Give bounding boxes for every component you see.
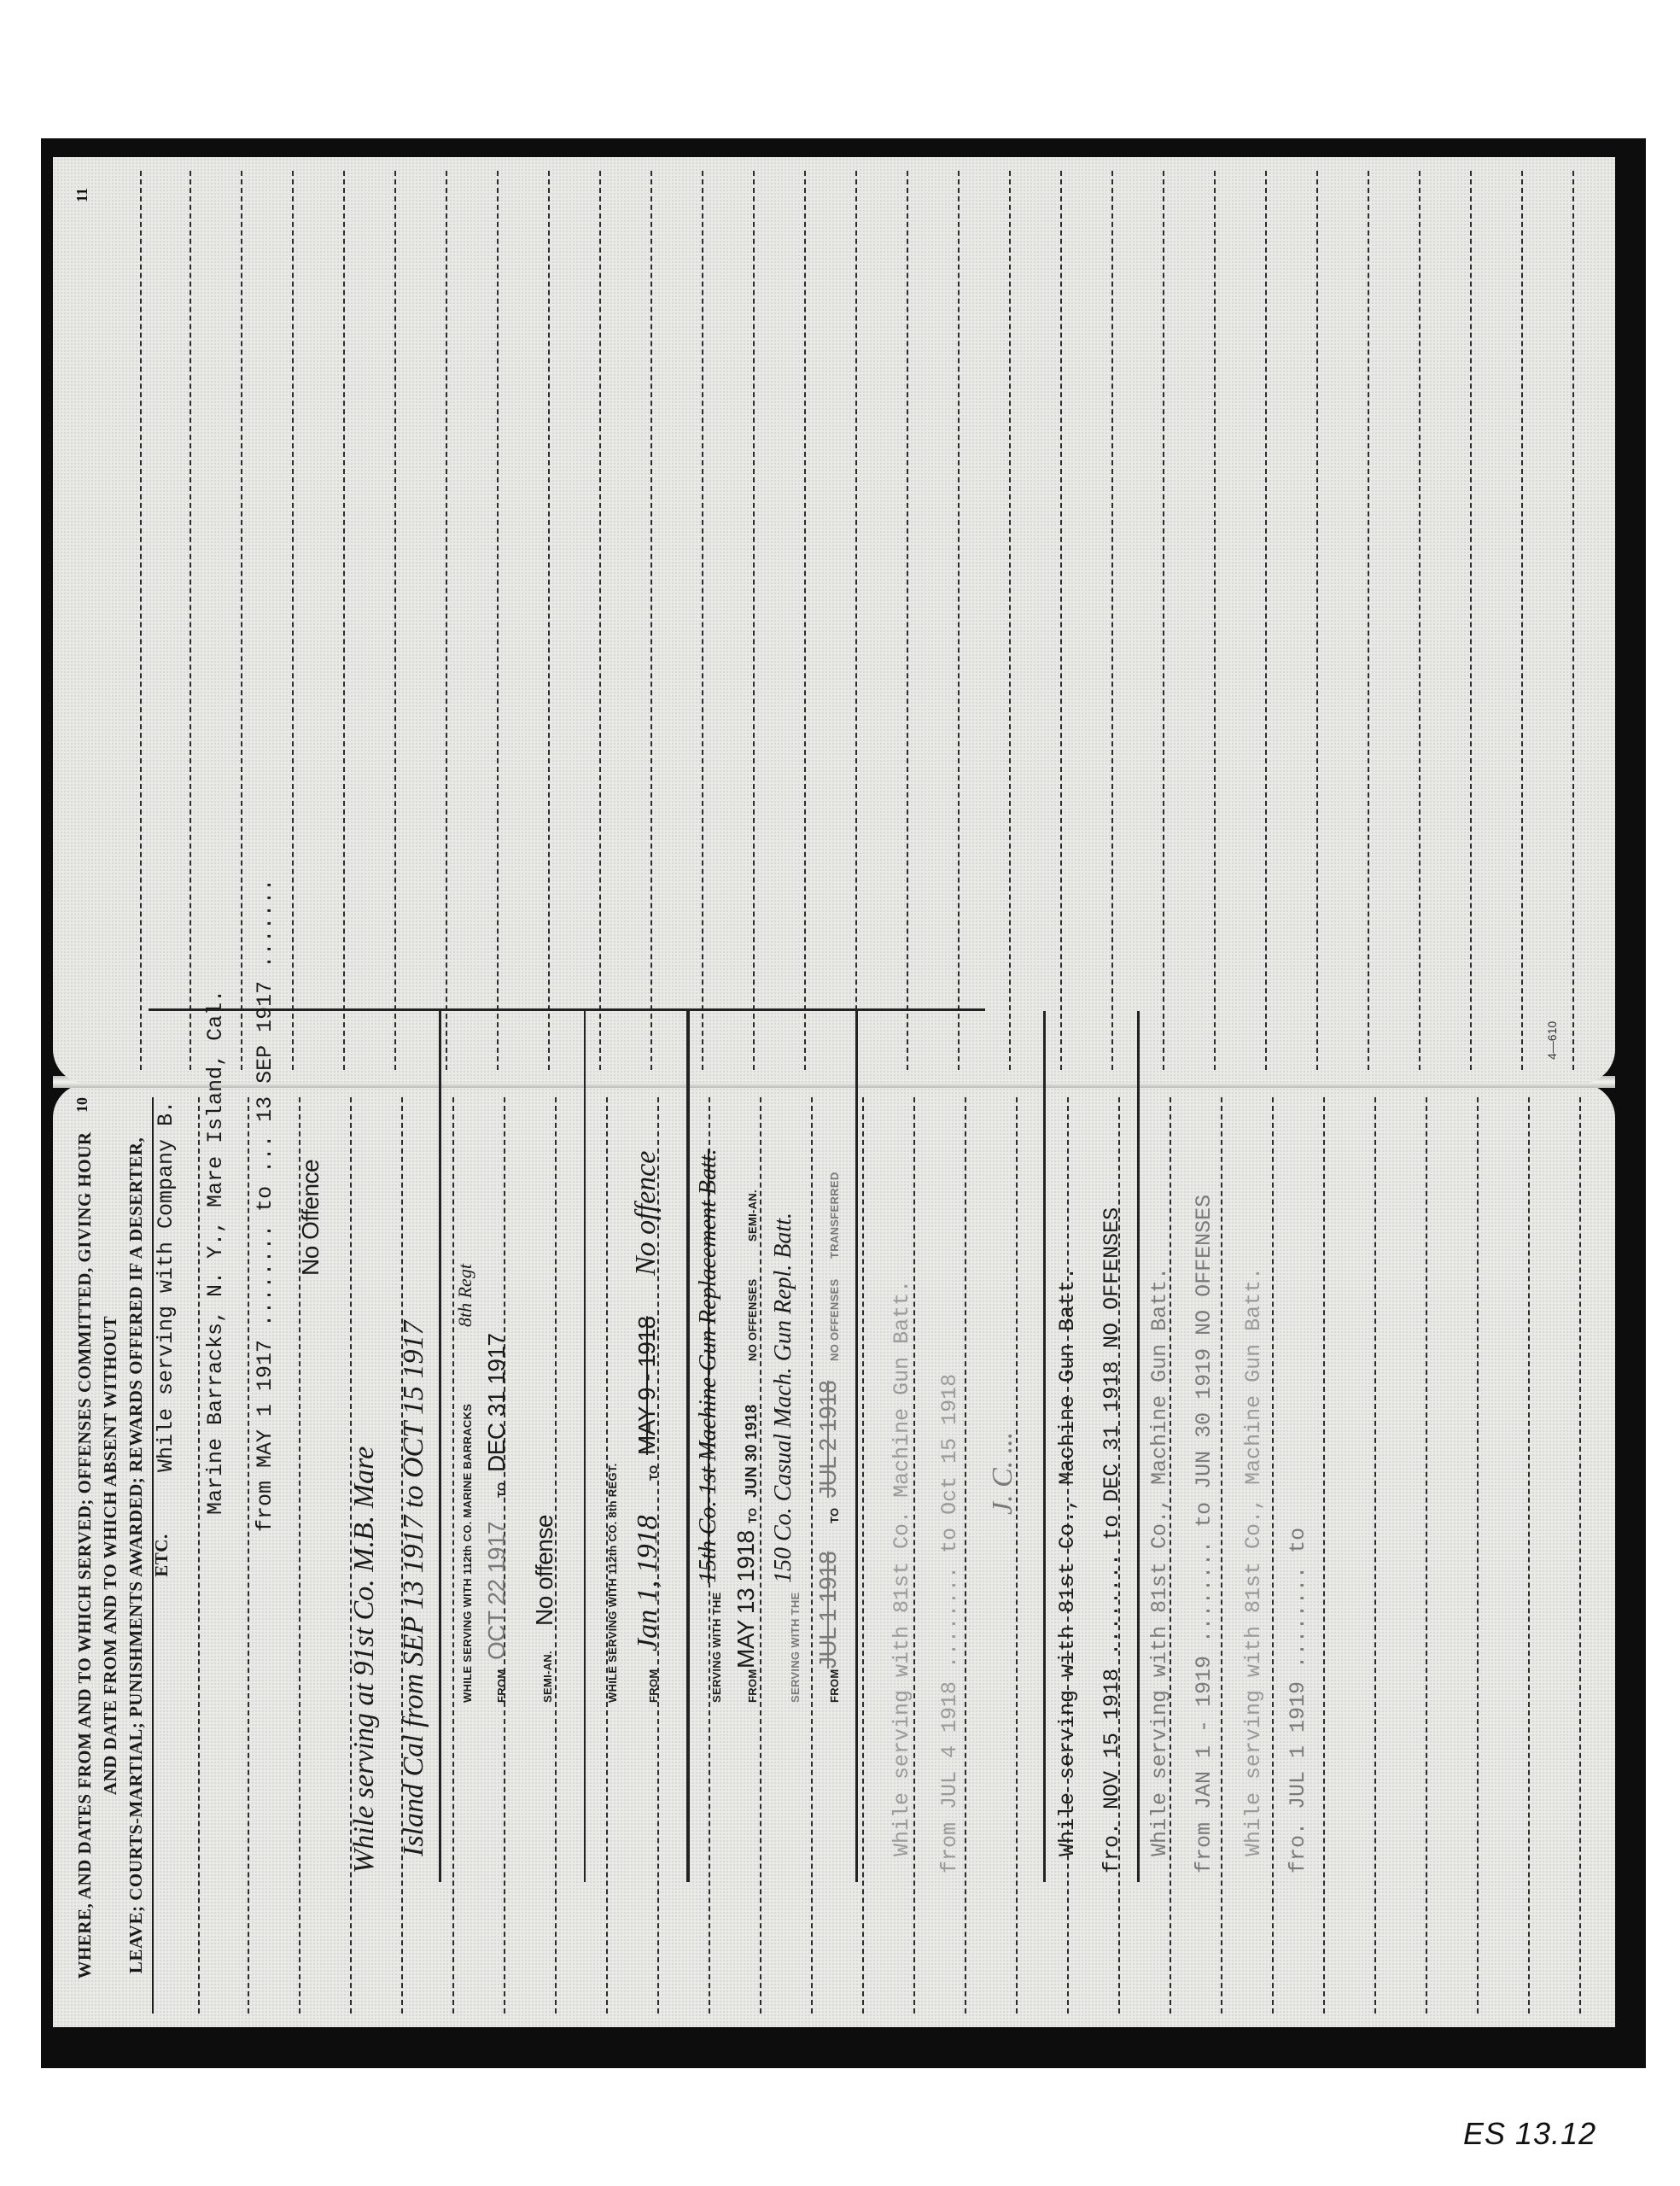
rule-line xyxy=(292,171,294,1070)
entry-81st-jan-line-1: While serving with 81st Co., Machine Gun… xyxy=(1147,1267,1172,1856)
rule-line xyxy=(1521,171,1523,1070)
entry-81st-jul-line-1: While serving with 81st Co., Machine Gun… xyxy=(1241,1267,1266,1856)
header-line-1: Where, and dates from and to which serve… xyxy=(72,1118,123,1993)
rule-line xyxy=(1009,171,1011,1070)
entry-handwritten-line-1: While serving at 91st Co. M.B. Mare xyxy=(348,1447,381,1873)
rule-line xyxy=(804,171,806,1070)
entry-rule xyxy=(1043,1011,1046,1882)
book-spread: Where, and dates from and to which serve… xyxy=(53,157,1615,2027)
entry-112th-stamp: WHILE SERVING WITH 112th CO. MARINE BARR… xyxy=(461,1404,474,1703)
entry-81st-faded-signature: J. C. ... xyxy=(987,1432,1019,1515)
page-number-10: 10 xyxy=(73,1097,91,1113)
rule-line xyxy=(140,171,142,1070)
rule-line xyxy=(1214,171,1216,1070)
rule-line xyxy=(753,171,755,1070)
rule-line xyxy=(1368,171,1369,1070)
rule-line xyxy=(760,1097,761,2014)
rule-line xyxy=(1060,171,1062,1070)
rule-line xyxy=(198,1097,200,2014)
rule-line xyxy=(862,1097,864,2014)
entry-81st-nov-line-2: fro. NOV 15 1918 ........ to DEC 31 1918… xyxy=(1100,1207,1124,1873)
rule-line xyxy=(1016,1097,1018,2014)
entry-150-stamp: SERVING WITH THE xyxy=(789,1592,802,1703)
entry-112th-to-label: TO xyxy=(495,1482,508,1498)
entry-handwritten-line-2: Island Cal from SEP 13 1917 to OCT 15 19… xyxy=(398,1321,430,1857)
entry-150-from-label: FROM xyxy=(828,1669,841,1703)
page-11: 11 xyxy=(53,157,1615,1084)
entry-8th-regt-stamp: WHILE SERVING WITH 112th CO. 8th REGT. xyxy=(606,1463,619,1703)
entry-rule xyxy=(1137,1011,1140,1882)
entry-81st-nov-line-1: While serving with 81st Co., Machine Gun… xyxy=(1055,1267,1080,1856)
rule-line xyxy=(1579,1097,1581,2014)
rule-line xyxy=(548,171,550,1070)
rule-line xyxy=(1323,1097,1325,2014)
rule-line xyxy=(599,171,601,1070)
entry-mare-island-line-1: While serving with Company B. xyxy=(154,1101,178,1472)
entry-112th-annotation: 8th Regt xyxy=(454,1264,476,1327)
rule-line xyxy=(1419,171,1420,1070)
entry-150-unit: 150 Co. Casual Mach. Gun Repl. Batt. xyxy=(770,1213,797,1583)
rule-line xyxy=(190,171,191,1070)
entry-81st-jan-line-2: from JAN 1 - 1919 ........ to JUN 30 191… xyxy=(1192,1195,1216,1873)
entry-150-status: TRANSFERRED xyxy=(828,1172,841,1259)
rule-line xyxy=(1572,171,1574,1070)
rule-line xyxy=(1221,1097,1222,2014)
entry-112th-remark: No offense xyxy=(531,1515,558,1626)
archive-annotation: ES 13.12 xyxy=(1463,2116,1596,2152)
entry-15th-stamp: SERVING WITH THE xyxy=(710,1592,723,1703)
rule-line xyxy=(497,171,499,1070)
entry-150-from-date: JUL 1 1918 xyxy=(814,1552,842,1669)
entry-112th-from-date: OCT 22 1917 xyxy=(483,1522,510,1660)
rule-line xyxy=(394,171,396,1070)
rule-line xyxy=(343,171,345,1070)
entry-mare-island-line-2: Marine Barracks, N. Y., Mare Island, Cal… xyxy=(203,990,228,1515)
rule-line xyxy=(1265,171,1267,1070)
entry-8th-regt-from-date: Jan 1, 1918 xyxy=(632,1515,664,1651)
entry-150-remark: NO OFFENSES xyxy=(828,1279,841,1361)
entry-8th-regt-from-label: FROM xyxy=(647,1669,660,1703)
entry-81st-faded-line-2: from JUL 4 1918 ........ to Oct 15 1918 xyxy=(937,1374,962,1873)
rule-line xyxy=(241,171,242,1070)
rule-line xyxy=(907,171,908,1070)
rule-line xyxy=(1374,1097,1376,2014)
rule-line xyxy=(1272,1097,1274,2014)
entry-81st-jul-line-2: fro. JUL 1 1919 ........ to xyxy=(1286,1528,1310,1873)
entry-rule xyxy=(855,1011,858,1882)
entry-rule xyxy=(686,1011,690,1882)
entry-112th-from-label: FROM xyxy=(495,1669,508,1703)
entry-112th-seman: SEMI-AN. xyxy=(541,1651,554,1703)
rule-line xyxy=(248,1097,249,2014)
rule-line xyxy=(1163,171,1164,1070)
entry-150-to-date: JUL 2 1918 xyxy=(814,1381,842,1498)
rule-line xyxy=(1111,171,1113,1070)
entry-81st-faded-line-1: While serving with 81st Co. Machine Gun … xyxy=(890,1280,914,1856)
entry-8th-regt-to-date: MAY 9 - 1918 xyxy=(633,1316,661,1455)
entry-15th-to-date: JUN 30 1918 xyxy=(743,1405,761,1498)
entry-150-to-label: TO xyxy=(828,1508,841,1523)
rule-line xyxy=(1316,171,1318,1070)
form-number: 4—610 xyxy=(1545,1021,1559,1060)
rule-line xyxy=(1528,1097,1530,2014)
rule-line xyxy=(452,1097,454,2014)
ruled-area xyxy=(87,157,1598,1084)
rule-line xyxy=(855,171,857,1070)
rule-line xyxy=(1426,1097,1427,2014)
entry-mare-island-line-3: from MAY 1 1917 ........ to ... 13 SEP 1… xyxy=(253,879,277,1532)
entry-rule xyxy=(439,1011,441,1882)
rule-line xyxy=(958,171,960,1070)
entry-15th-from-label: FROM xyxy=(746,1669,759,1703)
rule-line xyxy=(446,171,447,1070)
entry-15th-to-label: TO xyxy=(746,1508,759,1523)
entry-15th-unit: 15th Co. 1st Machine Gun Replacement Bat… xyxy=(695,1149,722,1583)
entry-8th-regt-remark: No offence xyxy=(630,1151,662,1276)
entry-15th-from-date: MAY 13 1918 xyxy=(732,1530,760,1669)
rule-line xyxy=(1470,171,1472,1070)
entry-mare-island-remark: No Offence xyxy=(297,1160,324,1276)
entry-15th-remark: NO OFFENSES xyxy=(746,1279,759,1361)
entry-15th-seman: SEMI-AN. xyxy=(746,1189,759,1242)
entry-112th-to-date: DEC 31 1917 xyxy=(483,1333,510,1472)
entry-rule xyxy=(584,1011,586,1882)
rule-line xyxy=(965,1097,966,2014)
page-header: Where, and dates from and to which serve… xyxy=(72,1118,135,1993)
rule-line xyxy=(702,171,703,1070)
rule-line xyxy=(1477,1097,1479,2014)
rule-line xyxy=(650,171,652,1070)
rule-line xyxy=(811,1097,813,2014)
entry-8th-regt-to-label: TO xyxy=(647,1465,660,1481)
